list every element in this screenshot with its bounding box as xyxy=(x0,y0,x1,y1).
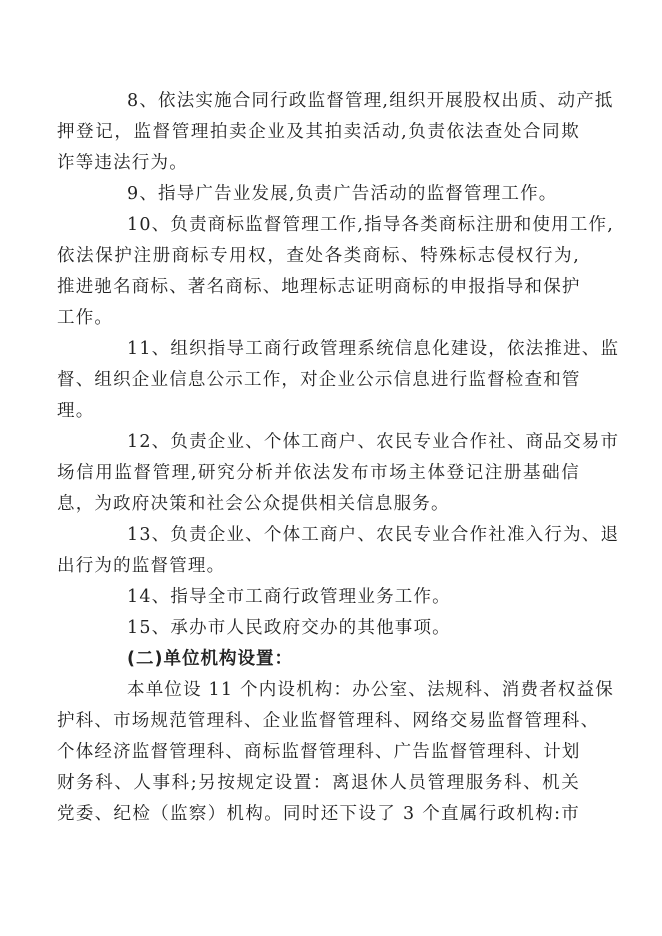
paragraph-item-12: 12、负责企业、个体工商户、农民专业合作社、商品交易市 场信用监督管理,研究分析… xyxy=(92,427,580,520)
paragraph-item-10: 10、负责商标监督管理工作,指导各类商标注册和使用工作, 依法保护注册商标专用权… xyxy=(92,210,580,334)
paragraph-item-15: 15、承办市人民政府交办的其他事项。 xyxy=(92,613,580,644)
paragraph-item-14: 14、指导全市工商行政管理业务工作。 xyxy=(92,582,580,613)
paragraph-item-13: 13、负责企业、个体工商户、农民专业合作社准入行为、退 出行为的监督管理。 xyxy=(92,520,580,582)
text-line: 9、指导广告业发展,负责广告活动的监督管理工作。 xyxy=(92,179,580,210)
heading-text: (二)单位机构设置： xyxy=(92,644,580,675)
text-line: 工作。 xyxy=(92,303,580,334)
text-line: 场信用监督管理,研究分析并依法发布市场主体登记注册基础信 xyxy=(92,458,580,489)
text-line: 10、负责商标监督管理工作,指导各类商标注册和使用工作, xyxy=(92,210,580,241)
paragraph-item-9: 9、指导广告业发展,负责广告活动的监督管理工作。 xyxy=(92,179,580,210)
text-line: 押登记，监督管理拍卖企业及其拍卖活动,负责依法查处合同欺 xyxy=(92,117,580,148)
text-line: 督、组织企业信息公示工作，对企业公示信息进行监督检查和管 xyxy=(92,365,580,396)
text-line: 13、负责企业、个体工商户、农民专业合作社准入行为、退 xyxy=(92,520,580,551)
paragraph-org-structure: 本单位设 11 个内设机构：办公室、法规科、消费者权益保 护科、市场规范管理科、… xyxy=(92,675,580,830)
section-heading: (二)单位机构设置： xyxy=(92,644,580,675)
text-line: 本单位设 11 个内设机构：办公室、法规科、消费者权益保 xyxy=(92,675,580,706)
text-line: 出行为的监督管理。 xyxy=(92,551,580,582)
text-line: 依法保护注册商标专用权，查处各类商标、特殊标志侵权行为, xyxy=(92,241,580,272)
text-line: 党委、纪检（监察）机构。同时还下设了 3 个直属行政机构:市 xyxy=(92,799,580,830)
paragraph-item-11: 11、组织指导工商行政管理系统信息化建设，依法推进、监 督、组织企业信息公示工作… xyxy=(92,334,580,427)
text-line: 11、组织指导工商行政管理系统信息化建设，依法推进、监 xyxy=(92,334,580,365)
text-line: 14、指导全市工商行政管理业务工作。 xyxy=(92,582,580,613)
paragraph-item-8: 8、依法实施合同行政监督管理,组织开展股权出质、动产抵 押登记，监督管理拍卖企业… xyxy=(92,86,580,179)
text-line: 理。 xyxy=(92,396,580,427)
text-line: 推进驰名商标、著名商标、地理标志证明商标的申报指导和保护 xyxy=(92,272,580,303)
document-page: 8、依法实施合同行政监督管理,组织开展股权出质、动产抵 押登记，监督管理拍卖企业… xyxy=(92,86,580,830)
text-line: 8、依法实施合同行政监督管理,组织开展股权出质、动产抵 xyxy=(92,86,580,117)
text-line: 财务科、人事科;另按规定设置：离退休人员管理服务科、机关 xyxy=(92,768,580,799)
text-line: 个体经济监督管理科、商标监督管理科、广告监督管理科、计划 xyxy=(92,737,580,768)
text-line: 护科、市场规范管理科、企业监督管理科、网络交易监督管理科、 xyxy=(92,706,580,737)
text-line: 12、负责企业、个体工商户、农民专业合作社、商品交易市 xyxy=(92,427,580,458)
text-line: 诈等违法行为。 xyxy=(92,148,580,179)
text-line: 息，为政府决策和社会公众提供相关信息服务。 xyxy=(92,489,580,520)
text-line: 15、承办市人民政府交办的其他事项。 xyxy=(92,613,580,644)
